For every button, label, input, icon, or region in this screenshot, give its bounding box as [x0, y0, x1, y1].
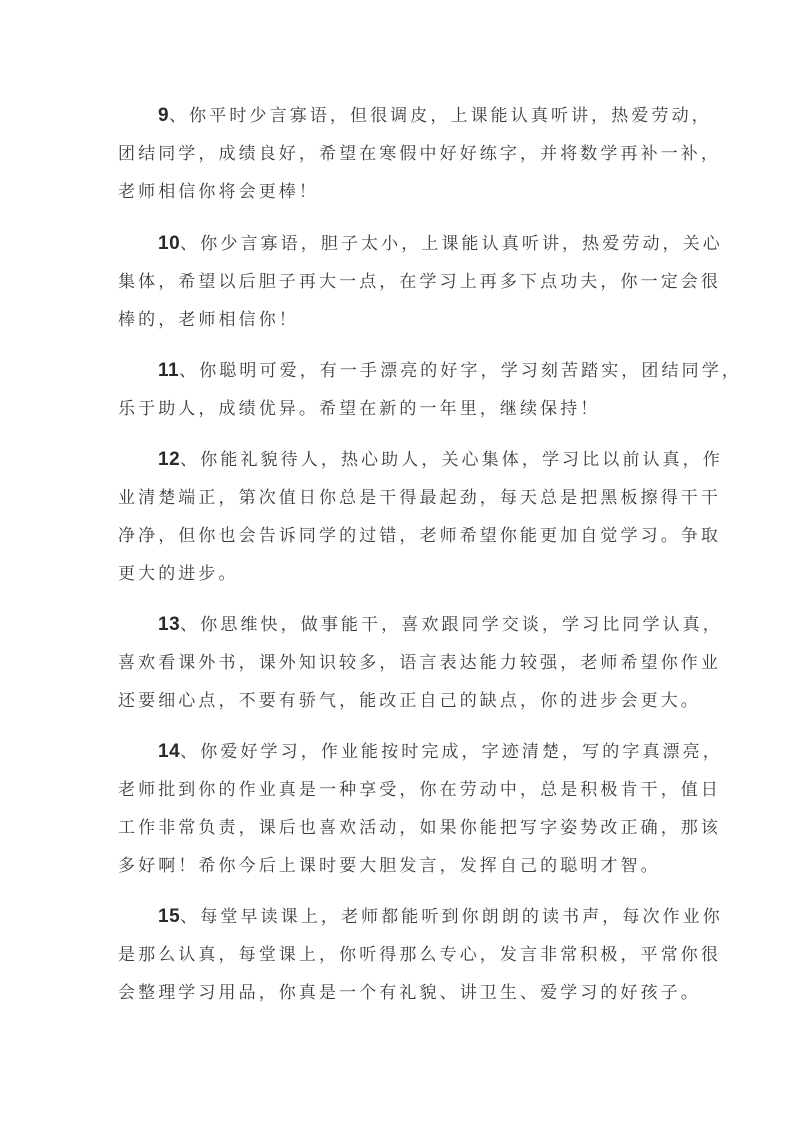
- paragraph-text: 、你聪明可爱，有一手漂亮的好字，学习刻苦踏实，团结同学，: [179, 361, 742, 381]
- comment-paragraph-9: 9、你平时少言寡语，但很调皮，上课能认真听讲，热爱劳动， 团结同学，成绩良好，希…: [118, 97, 678, 211]
- paragraph-line: 更大的进步。: [118, 555, 678, 593]
- paragraph-number: 9: [158, 105, 169, 126]
- paragraph-text: 、你平时少言寡语，但很调皮，上课能认真听讲，热爱劳动，: [169, 106, 712, 126]
- paragraph-line: 会整理学习用品，你真是一个有礼貌、讲卫生、爱学习的好孩子。: [118, 974, 678, 1012]
- paragraph-number: 15: [158, 906, 180, 927]
- paragraph-line: 是那么认真，每堂课上，你听得那么专心，发言非常积极，平常你很: [118, 936, 678, 974]
- paragraph-text: 、你少言寡语，胆子太小，上课能认真听讲，热爱劳动，关心: [180, 234, 723, 254]
- paragraph-text: 、你爱好学习，作业能按时完成，字迹清楚，写的字真漂亮，: [180, 742, 723, 762]
- paragraph-line: 乐于助人，成绩优异。希望在新的一年里，继续保持！: [118, 390, 678, 428]
- paragraph-line: 12、你能礼貌待人，热心助人，关心集体，学习比以前认真，作: [118, 441, 678, 479]
- comment-paragraph-14: 14、你爱好学习，作业能按时完成，字迹清楚，写的字真漂亮， 老师批到你的作业真是…: [118, 733, 678, 885]
- paragraph-text: 、你能礼貌待人，热心助人，关心集体，学习比以前认真，作: [180, 450, 723, 470]
- paragraph-line: 还要细心点，不要有骄气，能改正自己的缺点，你的进步会更大。: [118, 682, 678, 720]
- paragraph-line: 15、每堂早读课上，老师都能听到你朗朗的读书声，每次作业你: [118, 898, 678, 936]
- paragraph-line: 14、你爱好学习，作业能按时完成，字迹清楚，写的字真漂亮，: [118, 733, 678, 771]
- paragraph-line: 11、你聪明可爱，有一手漂亮的好字，学习刻苦踏实，团结同学，: [118, 352, 678, 390]
- comment-paragraph-11: 11、你聪明可爱，有一手漂亮的好字，学习刻苦踏实，团结同学， 乐于助人，成绩优异…: [118, 352, 678, 428]
- paragraph-line: 工作非常负责，课后也喜欢活动，如果你能把写字姿势改正确，那该: [118, 809, 678, 847]
- paragraph-line: 9、你平时少言寡语，但很调皮，上课能认真听讲，热爱劳动，: [118, 97, 678, 135]
- paragraph-number: 13: [158, 614, 180, 635]
- paragraph-line: 团结同学，成绩良好，希望在寒假中好好练字，并将数学再补一补，: [118, 135, 678, 173]
- document-page: 9、你平时少言寡语，但很调皮，上课能认真听讲，热爱劳动， 团结同学，成绩良好，希…: [0, 0, 793, 1122]
- paragraph-number: 11: [158, 360, 179, 381]
- paragraph-number: 12: [158, 449, 180, 470]
- paragraph-number: 14: [158, 741, 180, 762]
- paragraph-text: 、你思维快，做事能干，喜欢跟同学交谈，学习比同学认真，: [180, 615, 723, 635]
- paragraph-line: 棒的，老师相信你！: [118, 301, 678, 339]
- comment-paragraph-10: 10、你少言寡语，胆子太小，上课能认真听讲，热爱劳动，关心 集体，希望以后胆子再…: [118, 225, 678, 339]
- paragraph-line: 多好啊！希你今后上课时要大胆发言，发挥自己的聪明才智。: [118, 847, 678, 885]
- paragraph-line: 净净，但你也会告诉同学的过错，老师希望你能更加自觉学习。争取: [118, 517, 678, 555]
- comment-paragraph-13: 13、你思维快，做事能干，喜欢跟同学交谈，学习比同学认真， 喜欢看课外书，课外知…: [118, 606, 678, 720]
- paragraph-line: 老师相信你将会更棒！: [118, 173, 678, 211]
- paragraph-line: 业清楚端正，第次值日你总是干得最起劲，每天总是把黑板擦得干干: [118, 479, 678, 517]
- paragraph-line: 集体，希望以后胆子再大一点，在学习上再多下点功夫，你一定会很: [118, 263, 678, 301]
- paragraph-line: 喜欢看课外书，课外知识较多，语言表达能力较强，老师希望你作业: [118, 644, 678, 682]
- paragraph-line: 13、你思维快，做事能干，喜欢跟同学交谈，学习比同学认真，: [118, 606, 678, 644]
- comment-paragraph-15: 15、每堂早读课上，老师都能听到你朗朗的读书声，每次作业你 是那么认真，每堂课上…: [118, 898, 678, 1012]
- paragraph-line: 10、你少言寡语，胆子太小，上课能认真听讲，热爱劳动，关心: [118, 225, 678, 263]
- paragraph-number: 10: [158, 233, 180, 254]
- comment-paragraph-12: 12、你能礼貌待人，热心助人，关心集体，学习比以前认真，作 业清楚端正，第次值日…: [118, 441, 678, 593]
- paragraph-text: 、每堂早读课上，老师都能听到你朗朗的读书声，每次作业你: [180, 907, 723, 927]
- paragraph-line: 老师批到你的作业真是一种享受，你在劳动中，总是积极肯干，值日: [118, 771, 678, 809]
